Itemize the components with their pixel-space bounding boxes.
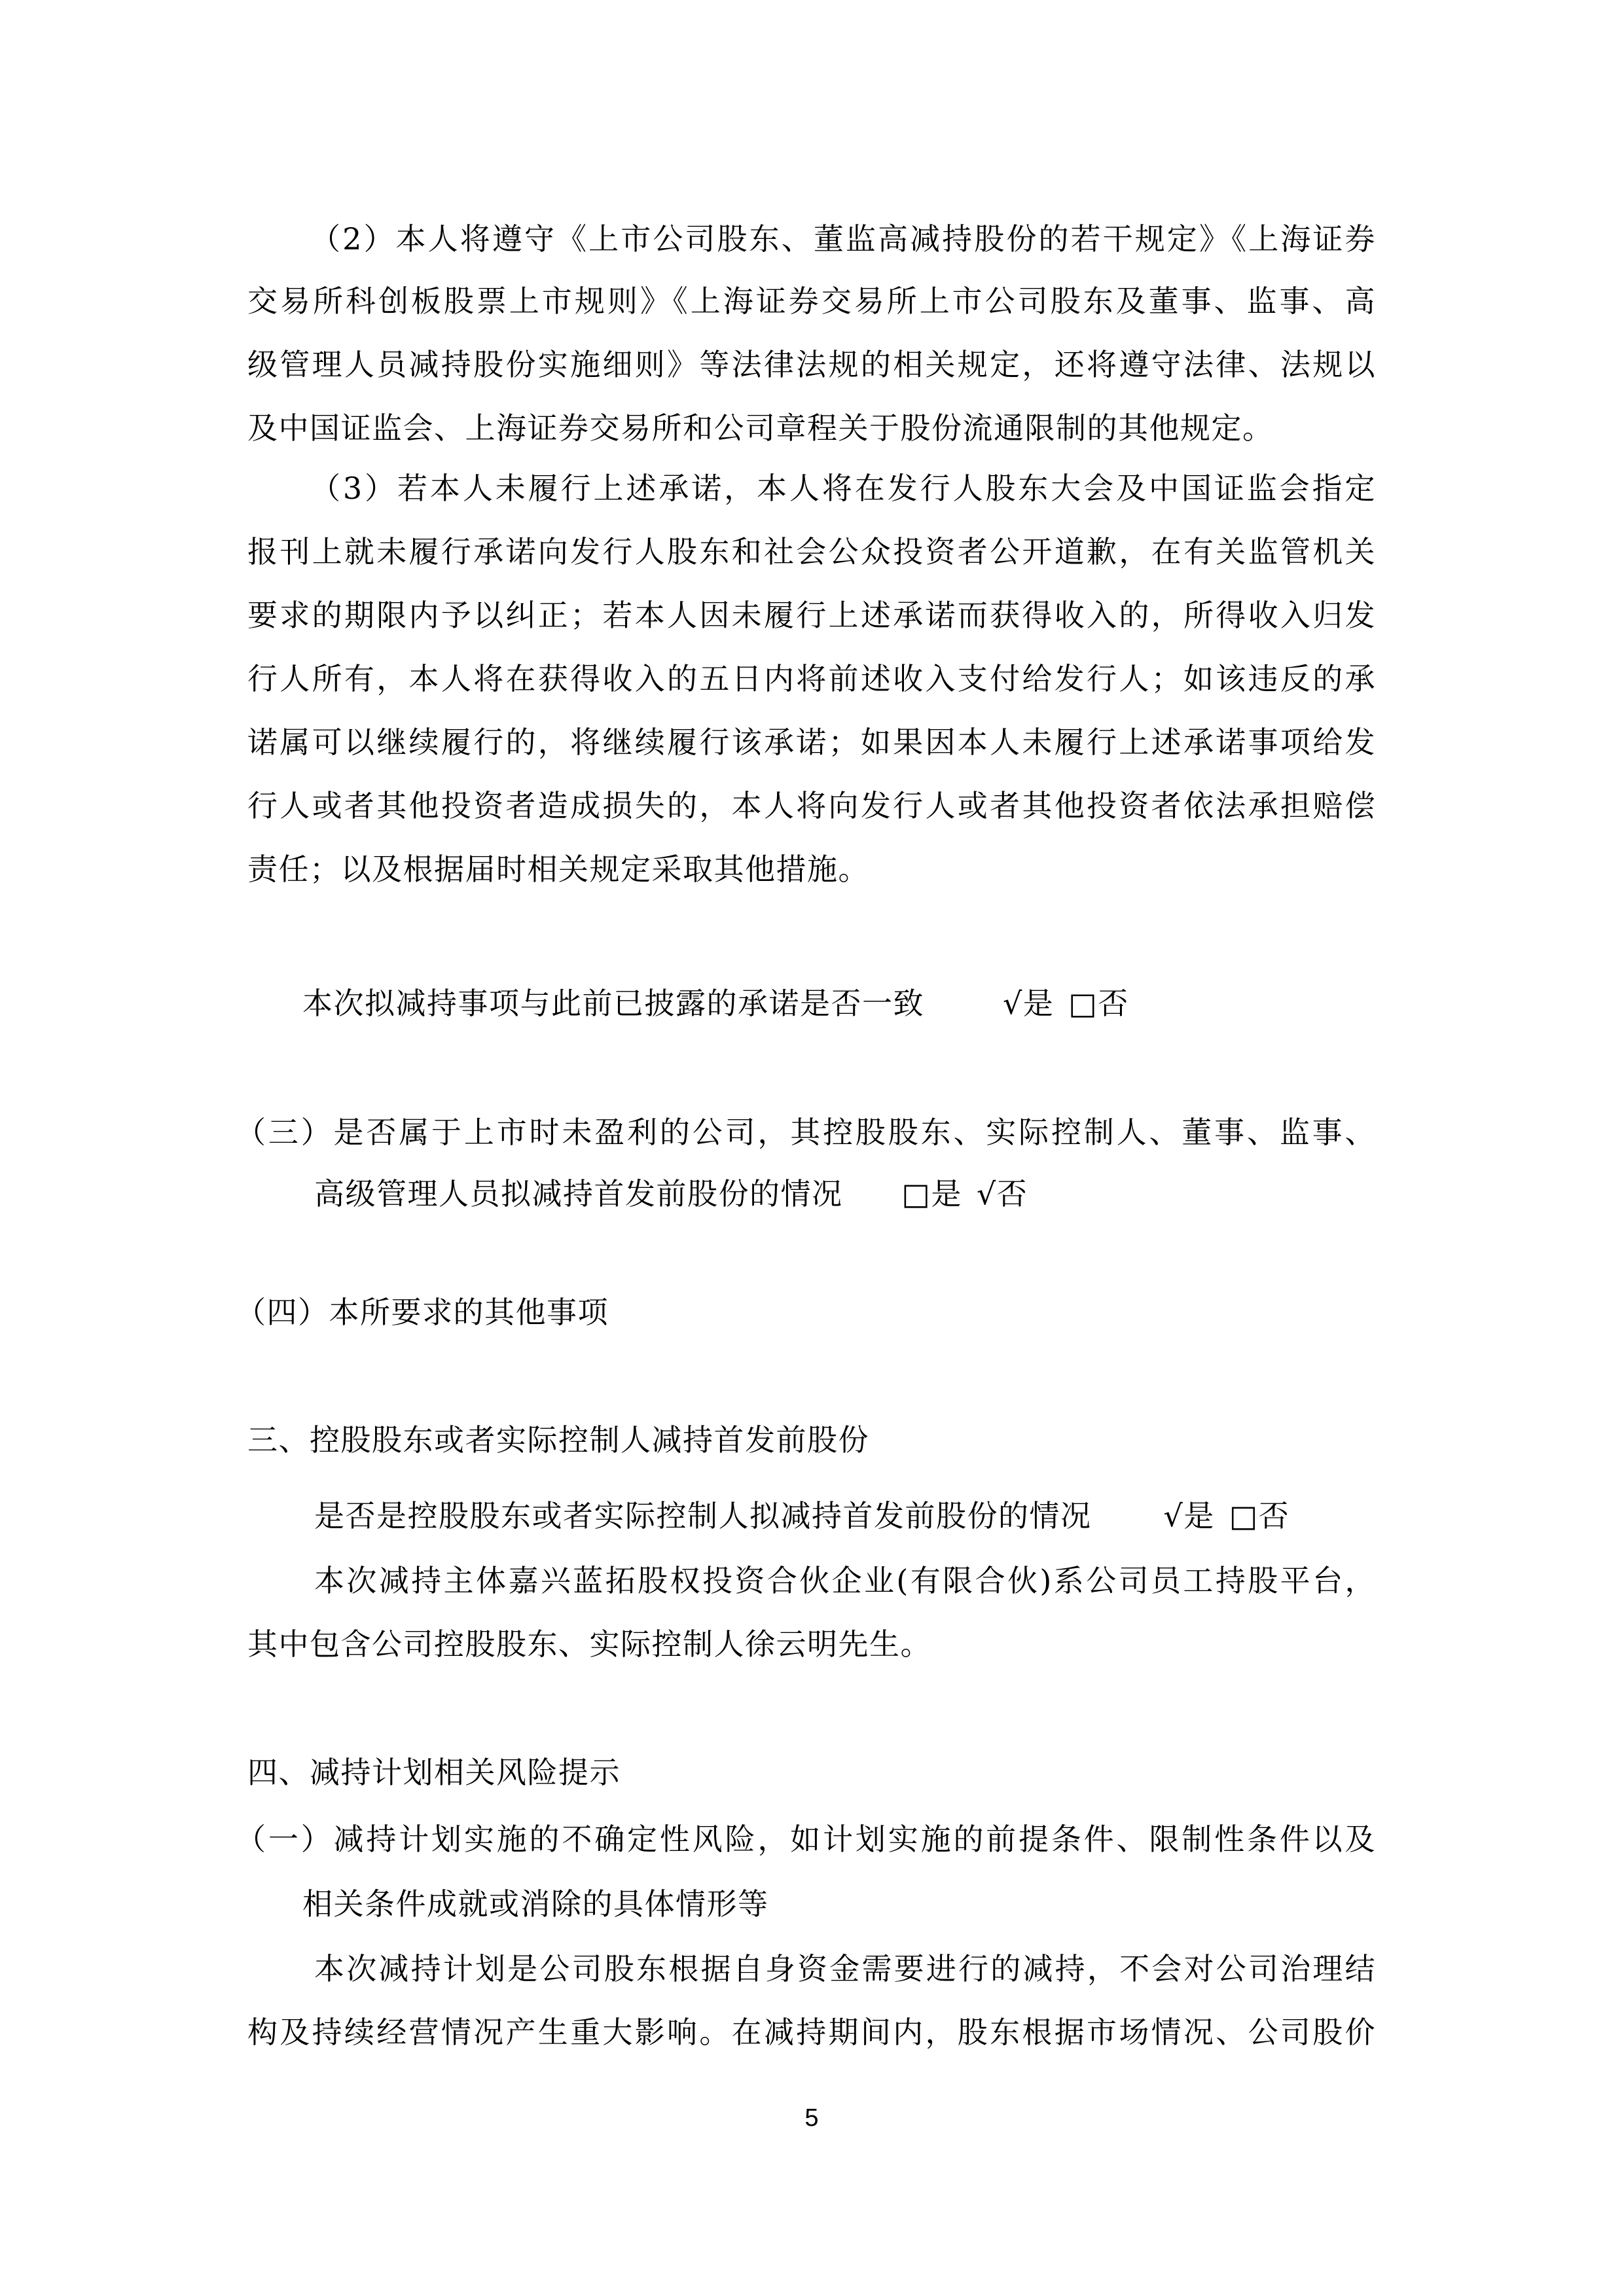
paragraph-2-line-4: 及中国证监会、上海证券交易所和公司章程关于股份流通限制的其他规定。 [247,410,1274,446]
document-page: （2）本人将遵守《上市公司股东、董监高减持股份的若干规定》《上海证券 交易所科创… [0,0,1624,2296]
paragraph-3-line-5: 诺属可以继续履行的，将继续履行该承诺；如果因本人未履行上述承诺事项给发 [247,724,1376,761]
empty-checkbox-icon[interactable]: □ [1229,1498,1259,1534]
section-3-question-row: 是否是控股股东或者实际控制人拟减持首发前股份的情况√是□否 [314,1498,1290,1534]
paragraph-3-line-7: 责任；以及根据届时相关规定采取其他措施。 [247,851,869,888]
option-no-label: 否 [1259,1498,1290,1534]
option-yes-label: 是 [931,1176,962,1211]
section-3-body-line-1: 本次减持主体嘉兴蓝拓股权投资合伙企业(有限合伙)系公司员工持股平台， [314,1562,1376,1599]
paragraph-2-line-1: （2）本人将遵守《上市公司股东、董监高减持股份的若干规定》《上海证券 [310,221,1376,257]
section-4-sub1-line-2: 相关条件成就或消除的具体情形等 [302,1886,769,1922]
paragraph-3-line-4: 行人所有，本人将在获得收入的五日内将前述收入支付给发行人；如该违反的承 [247,660,1376,697]
section-3-question: 是否是控股股东或者实际控制人拟减持首发前股份的情况 [314,1498,1092,1534]
empty-checkbox-icon[interactable]: □ [1068,986,1098,1021]
paragraph-3-line-3: 要求的期限内予以纠正；若本人因未履行上述承诺而获得收入的，所得收入归发 [247,597,1376,634]
consistency-check-row: 本次拟减持事项与此前已披露的承诺是否一致√是□否 [302,985,1129,1022]
section-4-body-line-2: 构及持续经营情况产生重大影响。在减持期间内，股东根据市场情况、公司股价 [247,2014,1376,2051]
paragraph-3-line-6: 行人或者其他投资者造成损失的，本人将向发行人或者其他投资者依法承担赔偿 [247,787,1376,824]
check-mark-icon[interactable]: √ [1164,1498,1184,1534]
option-yes-label: 是 [1023,986,1055,1021]
option-no-label: 否 [1098,986,1129,1021]
section-2-3-question: 高级管理人员拟减持首发前股份的情况 [314,1176,843,1211]
paragraph-2-line-3: 级管理人员减持股份实施细则》等法律法规的相关规定，还将遵守法律、法规以 [247,346,1376,383]
check-mark-icon[interactable]: √ [1003,986,1023,1021]
check-mark-icon[interactable]: √ [977,1176,997,1211]
section-4-body-line-1: 本次减持计划是公司股东根据自身资金需要进行的减持，不会对公司治理结 [314,1950,1376,1987]
section-4-title: 四、减持计划相关风险提示 [247,1754,621,1791]
empty-checkbox-icon[interactable]: □ [902,1176,931,1211]
section-3-title: 三、控股股东或者实际控制人减持首发前股份 [247,1422,869,1458]
consistency-question: 本次拟减持事项与此前已披露的承诺是否一致 [302,986,924,1021]
option-no-label: 否 [997,1176,1028,1211]
paragraph-3-line-2: 报刊上就未履行承诺向发行人股东和社会公众投资者公开道歉，在有关监管机关 [247,533,1376,570]
page-number: 5 [799,2104,825,2132]
option-yes-label: 是 [1183,1498,1215,1534]
paragraph-3-line-1: （3）若本人未履行上述承诺，本人将在发行人股东大会及中国证监会指定 [310,470,1376,507]
section-2-3-row: 高级管理人员拟减持首发前股份的情况□是√否 [314,1175,1028,1212]
section-2-4-title: （四）本所要求的其他事项 [236,1294,609,1331]
paragraph-2-line-2: 交易所科创板股票上市规则》《上海证券交易所上市公司股东及董事、监事、高 [247,283,1376,319]
section-4-sub1-line-1: （一）减持计划实施的不确定性风险，如计划实施的前提条件、限制性条件以及 [236,1821,1376,1857]
section-3-body-line-2: 其中包含公司控股股东、实际控制人徐云明先生。 [247,1626,931,1662]
section-2-3-line-1: （三）是否属于上市时未盈利的公司，其控股股东、实际控制人、董事、监事、 [236,1114,1376,1151]
